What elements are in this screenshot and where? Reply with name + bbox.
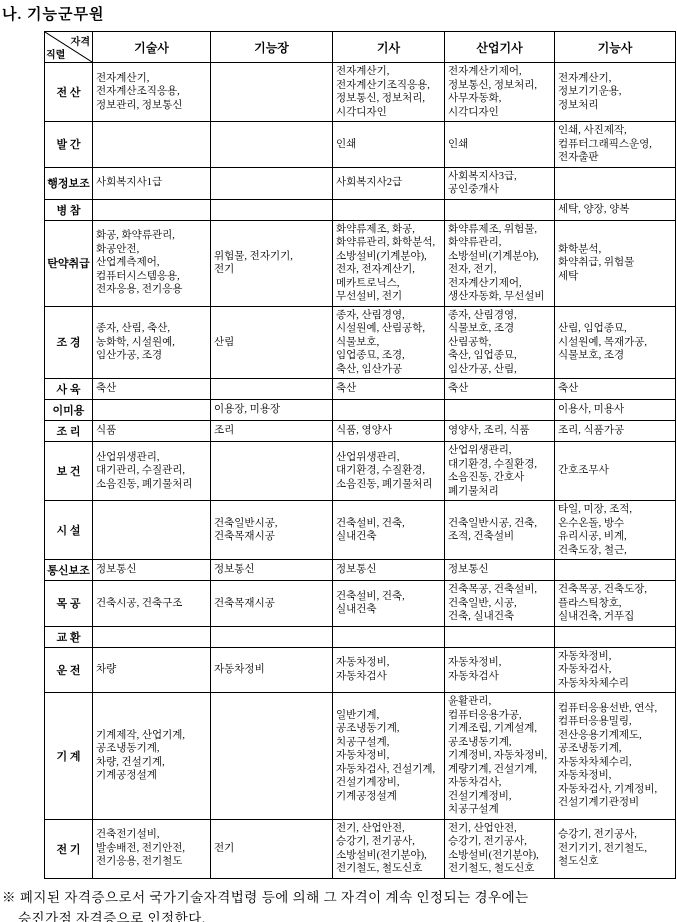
row-label: 운 전 xyxy=(45,647,93,693)
header-row: 자격 직렬 기술사 기능장 기사 산업기사 기능사 xyxy=(45,32,676,63)
cell: 종자, 산림경영, 식물보호, 조경 산림공학, 축산, 임업종묘, 임산가공,… xyxy=(445,306,555,379)
cell: 정보통신 xyxy=(93,560,211,581)
cell: 전기, 산업안전, 승강기, 전기공사, 소방설비(전기분야), 전기철도, 철… xyxy=(333,819,445,878)
cell xyxy=(555,560,676,581)
cell: 컴퓨터응용선반, 연삭, 컴퓨터응용밀링, 전산응용기계제도, 공조냉동기계, … xyxy=(555,693,676,820)
cell xyxy=(93,400,211,421)
cell xyxy=(445,626,555,647)
cell: 인쇄 xyxy=(445,122,555,168)
row-label: 조 경 xyxy=(45,306,93,379)
cell: 조리 xyxy=(211,421,333,442)
cell: 식품, 영양사 xyxy=(333,421,445,442)
table-row: 조 리식품조리식품, 영양사영양사, 조리, 식품조리, 식품가공 xyxy=(45,421,676,442)
cell xyxy=(211,442,333,501)
cell: 건축전기설비, 발송배전, 전기안전, 전기응용, 전기철도 xyxy=(93,819,211,878)
cell: 위험물, 전자기기, 전기 xyxy=(211,220,333,306)
cell xyxy=(93,626,211,647)
cell: 정보통신 xyxy=(211,560,333,581)
cell xyxy=(333,199,445,220)
table-row: 전 기건축전기설비, 발송배전, 전기안전, 전기응용, 전기철도전기전기, 산… xyxy=(45,819,676,878)
cell xyxy=(211,626,333,647)
cell: 건축일반시공, 건축목재시공 xyxy=(211,501,333,560)
row-label: 발 간 xyxy=(45,122,93,168)
cell xyxy=(93,122,211,168)
cell xyxy=(211,63,333,122)
cell: 이용사, 미용사 xyxy=(555,400,676,421)
cell: 전기 xyxy=(211,819,333,878)
row-label: 교 환 xyxy=(45,626,93,647)
cell: 전기, 산업안전, 승강기, 전기공사, 소방설비(전기분야), 전기철도, 철… xyxy=(445,819,555,878)
cell: 기계제작, 산업기계, 공조냉동기계, 차량, 건설기계, 기계공정설계 xyxy=(93,693,211,820)
cell: 차량 xyxy=(93,647,211,693)
cell: 건축목재시공 xyxy=(211,581,333,627)
cell: 조리, 식품가공 xyxy=(555,421,676,442)
cell: 사회복지사1급 xyxy=(93,167,211,199)
table-row: 목 공건축시공, 건축구조건축목재시공건축설비, 건축, 실내건축건축목공, 건… xyxy=(45,581,676,627)
row-label: 전 기 xyxy=(45,819,93,878)
column-header-gineungsa: 기능사 xyxy=(555,32,676,63)
footnote-line-1: ※ 폐지된 자격증으로서 국가기술자격법령 등에 의해 그 자격이 계속 인정되… xyxy=(2,887,677,908)
cell: 정보통신 xyxy=(445,560,555,581)
cell xyxy=(93,501,211,560)
cell: 정보통신 xyxy=(333,560,445,581)
cell: 전자계산기, 정보기기운용, 정보처리 xyxy=(555,63,676,122)
cell: 화약류제조, 위험물, 화약류관리, 소방설비(기계분야), 전자, 전기, 전… xyxy=(445,220,555,306)
row-label: 이미용 xyxy=(45,400,93,421)
row-label: 행정보조 xyxy=(45,167,93,199)
table-row: 탄약취급화공, 화약류관리, 화공안전, 산업계측제어, 컴퓨터시스템응용, 전… xyxy=(45,220,676,306)
row-label: 기 계 xyxy=(45,693,93,820)
row-label: 조 리 xyxy=(45,421,93,442)
column-header-gisa: 기사 xyxy=(333,32,445,63)
cell: 건축시공, 건축구조 xyxy=(93,581,211,627)
cell xyxy=(445,199,555,220)
row-label: 사 육 xyxy=(45,379,93,400)
cell: 종자, 산림경영, 시설원예, 산림공학, 식물보호, 임업종묘, 조경, 축산… xyxy=(333,306,445,379)
cell xyxy=(333,400,445,421)
cell: 이용장, 미용장 xyxy=(211,400,333,421)
table-body: 전 산전자계산기, 전자계산조직응용, 정보관리, 정보통신전자계산기, 전자계… xyxy=(45,63,676,879)
column-header-gineungjang: 기능장 xyxy=(211,32,333,63)
table-row: 병 참세탁, 양장, 양복 xyxy=(45,199,676,220)
cell: 축산 xyxy=(93,379,211,400)
cell: 승강기, 전기공사, 전기기기, 전기철도, 철도신호 xyxy=(555,819,676,878)
cell: 인쇄, 사진제작, 컴퓨터그래픽스운영, 전자출판 xyxy=(555,122,676,168)
cell: 자동차정비 xyxy=(211,647,333,693)
cell xyxy=(211,379,333,400)
cell xyxy=(211,167,333,199)
table-row: 보 건산업위생관리, 대기관리, 수질관리, 소음진동, 폐기물처리산업위생관리… xyxy=(45,442,676,501)
cell: 자동차정비, 자동차검사 xyxy=(445,647,555,693)
footnote-line-2: 승진가점 자격증으로 인정한다. xyxy=(18,908,677,922)
cell: 간호조무사 xyxy=(555,442,676,501)
cell: 산업위생관리, 대기환경, 수질환경, 소음진동, 간호사 폐기물처리 xyxy=(445,442,555,501)
cell: 전자계산기제어, 정보통신, 정보처리, 사무자동화, 시각디자인 xyxy=(445,63,555,122)
row-label: 목 공 xyxy=(45,581,93,627)
cell: 인쇄 xyxy=(333,122,445,168)
cell: 일반기계, 공조냉동기계, 치공구설계, 자동차정비, 자동차검사, 건설기계,… xyxy=(333,693,445,820)
column-header-saneopgisa: 산업기사 xyxy=(445,32,555,63)
page-title: 나. 기능군무원 xyxy=(0,0,677,24)
column-header-gisulsa: 기술사 xyxy=(93,32,211,63)
table-row: 이미용이용장, 미용장이용사, 미용사 xyxy=(45,400,676,421)
cell: 자동차정비, 자동차검사 xyxy=(333,647,445,693)
cell: 산림, 임업종묘, 시설원예, 목재가공, 식물보호, 조경 xyxy=(555,306,676,379)
table-row: 교 환 xyxy=(45,626,676,647)
cell: 전자계산기, 전자계산조직응용, 정보관리, 정보통신 xyxy=(93,63,211,122)
row-label: 통신보조 xyxy=(45,560,93,581)
cell xyxy=(445,400,555,421)
cell: 산림 xyxy=(211,306,333,379)
table-row: 시 설건축일반시공, 건축목재시공건축설비, 건축, 실내건축건축일반시공, 건… xyxy=(45,501,676,560)
cell xyxy=(211,199,333,220)
row-label: 탄약취급 xyxy=(45,220,93,306)
cell: 자동차정비, 자동차검사, 자동차차체수리 xyxy=(555,647,676,693)
cell xyxy=(93,199,211,220)
cell: 건축설비, 건축, 실내건축 xyxy=(333,581,445,627)
row-label: 시 설 xyxy=(45,501,93,560)
table-row: 전 산전자계산기, 전자계산조직응용, 정보관리, 정보통신전자계산기, 전자계… xyxy=(45,63,676,122)
cell: 건축목공, 건축설비, 건축일반, 시공, 건축, 실내건축 xyxy=(445,581,555,627)
cell: 화공, 화약류관리, 화공안전, 산업계측제어, 컴퓨터시스템응용, 전자응용,… xyxy=(93,220,211,306)
row-label: 보 건 xyxy=(45,442,93,501)
qualification-table: 자격 직렬 기술사 기능장 기사 산업기사 기능사 전 산전자계산기, 전자계산… xyxy=(44,31,676,879)
cell: 세탁, 양장, 양복 xyxy=(555,199,676,220)
cell: 영양사, 조리, 식품 xyxy=(445,421,555,442)
cell: 축산 xyxy=(555,379,676,400)
cell: 사회복지사3급, 공인중개사 xyxy=(445,167,555,199)
cell: 건축목공, 건축도장, 플라스틱창호, 실내건축, 거푸집 xyxy=(555,581,676,627)
table-row: 발 간인쇄인쇄인쇄, 사진제작, 컴퓨터그래픽스운영, 전자출판 xyxy=(45,122,676,168)
document-page: 나. 기능군무원 자격 직렬 기술사 기능장 기사 산업기사 기능사 xyxy=(0,0,677,922)
cell: 건축설비, 건축, 실내건축 xyxy=(333,501,445,560)
table-row: 사 육축산축산축산축산 xyxy=(45,379,676,400)
cell xyxy=(333,626,445,647)
table-row: 운 전차량자동차정비자동차정비, 자동차검사자동차정비, 자동차검사자동차정비,… xyxy=(45,647,676,693)
cell: 건축일반시공, 건축, 조적, 건축설비 xyxy=(445,501,555,560)
footnote: ※ 폐지된 자격증으로서 국가기술자격법령 등에 의해 그 자격이 계속 인정되… xyxy=(2,887,677,922)
cell: 축산 xyxy=(445,379,555,400)
table-row: 행정보조사회복지사1급사회복지사2급사회복지사3급, 공인중개사 xyxy=(45,167,676,199)
corner-cell: 자격 직렬 xyxy=(45,32,93,63)
cell: 산업위생관리, 대기관리, 수질관리, 소음진동, 폐기물처리 xyxy=(93,442,211,501)
row-label: 병 참 xyxy=(45,199,93,220)
cell: 식품 xyxy=(93,421,211,442)
cell: 화학분석, 화약취급, 위험물 세탁 xyxy=(555,220,676,306)
cell xyxy=(211,693,333,820)
cell xyxy=(211,122,333,168)
cell: 윤활관리, 컴퓨터응용가공, 기계조립, 기계설계, 공조냉동기계, 기계정비,… xyxy=(445,693,555,820)
table-row: 조 경종자, 산림, 축산, 농화학, 시설원예, 임산가공, 조경산림종자, … xyxy=(45,306,676,379)
cell: 전자계산기, 전자계산기조직응용, 정보통신, 정보처리, 시각디자인 xyxy=(333,63,445,122)
table-row: 기 계기계제작, 산업기계, 공조냉동기계, 차량, 건설기계, 기계공정설계일… xyxy=(45,693,676,820)
table-row: 통신보조정보통신정보통신정보통신정보통신 xyxy=(45,560,676,581)
cell: 산업위생관리, 대기환경, 수질환경, 소음진동, 폐기물처리 xyxy=(333,442,445,501)
corner-label-qualification: 자격 xyxy=(71,33,90,48)
cell: 축산 xyxy=(333,379,445,400)
cell xyxy=(555,167,676,199)
corner-label-series: 직렬 xyxy=(46,46,65,61)
row-label: 전 산 xyxy=(45,63,93,122)
cell: 화약류제조, 화공, 화약류관리, 화학분석, 소방설비(기계분야), 전자, … xyxy=(333,220,445,306)
cell: 타일, 미장, 조적, 온수온돌, 방수 유리시공, 비계, 건축도장, 철근, xyxy=(555,501,676,560)
cell xyxy=(555,626,676,647)
cell: 종자, 산림, 축산, 농화학, 시설원예, 임산가공, 조경 xyxy=(93,306,211,379)
cell: 사회복지사2급 xyxy=(333,167,445,199)
